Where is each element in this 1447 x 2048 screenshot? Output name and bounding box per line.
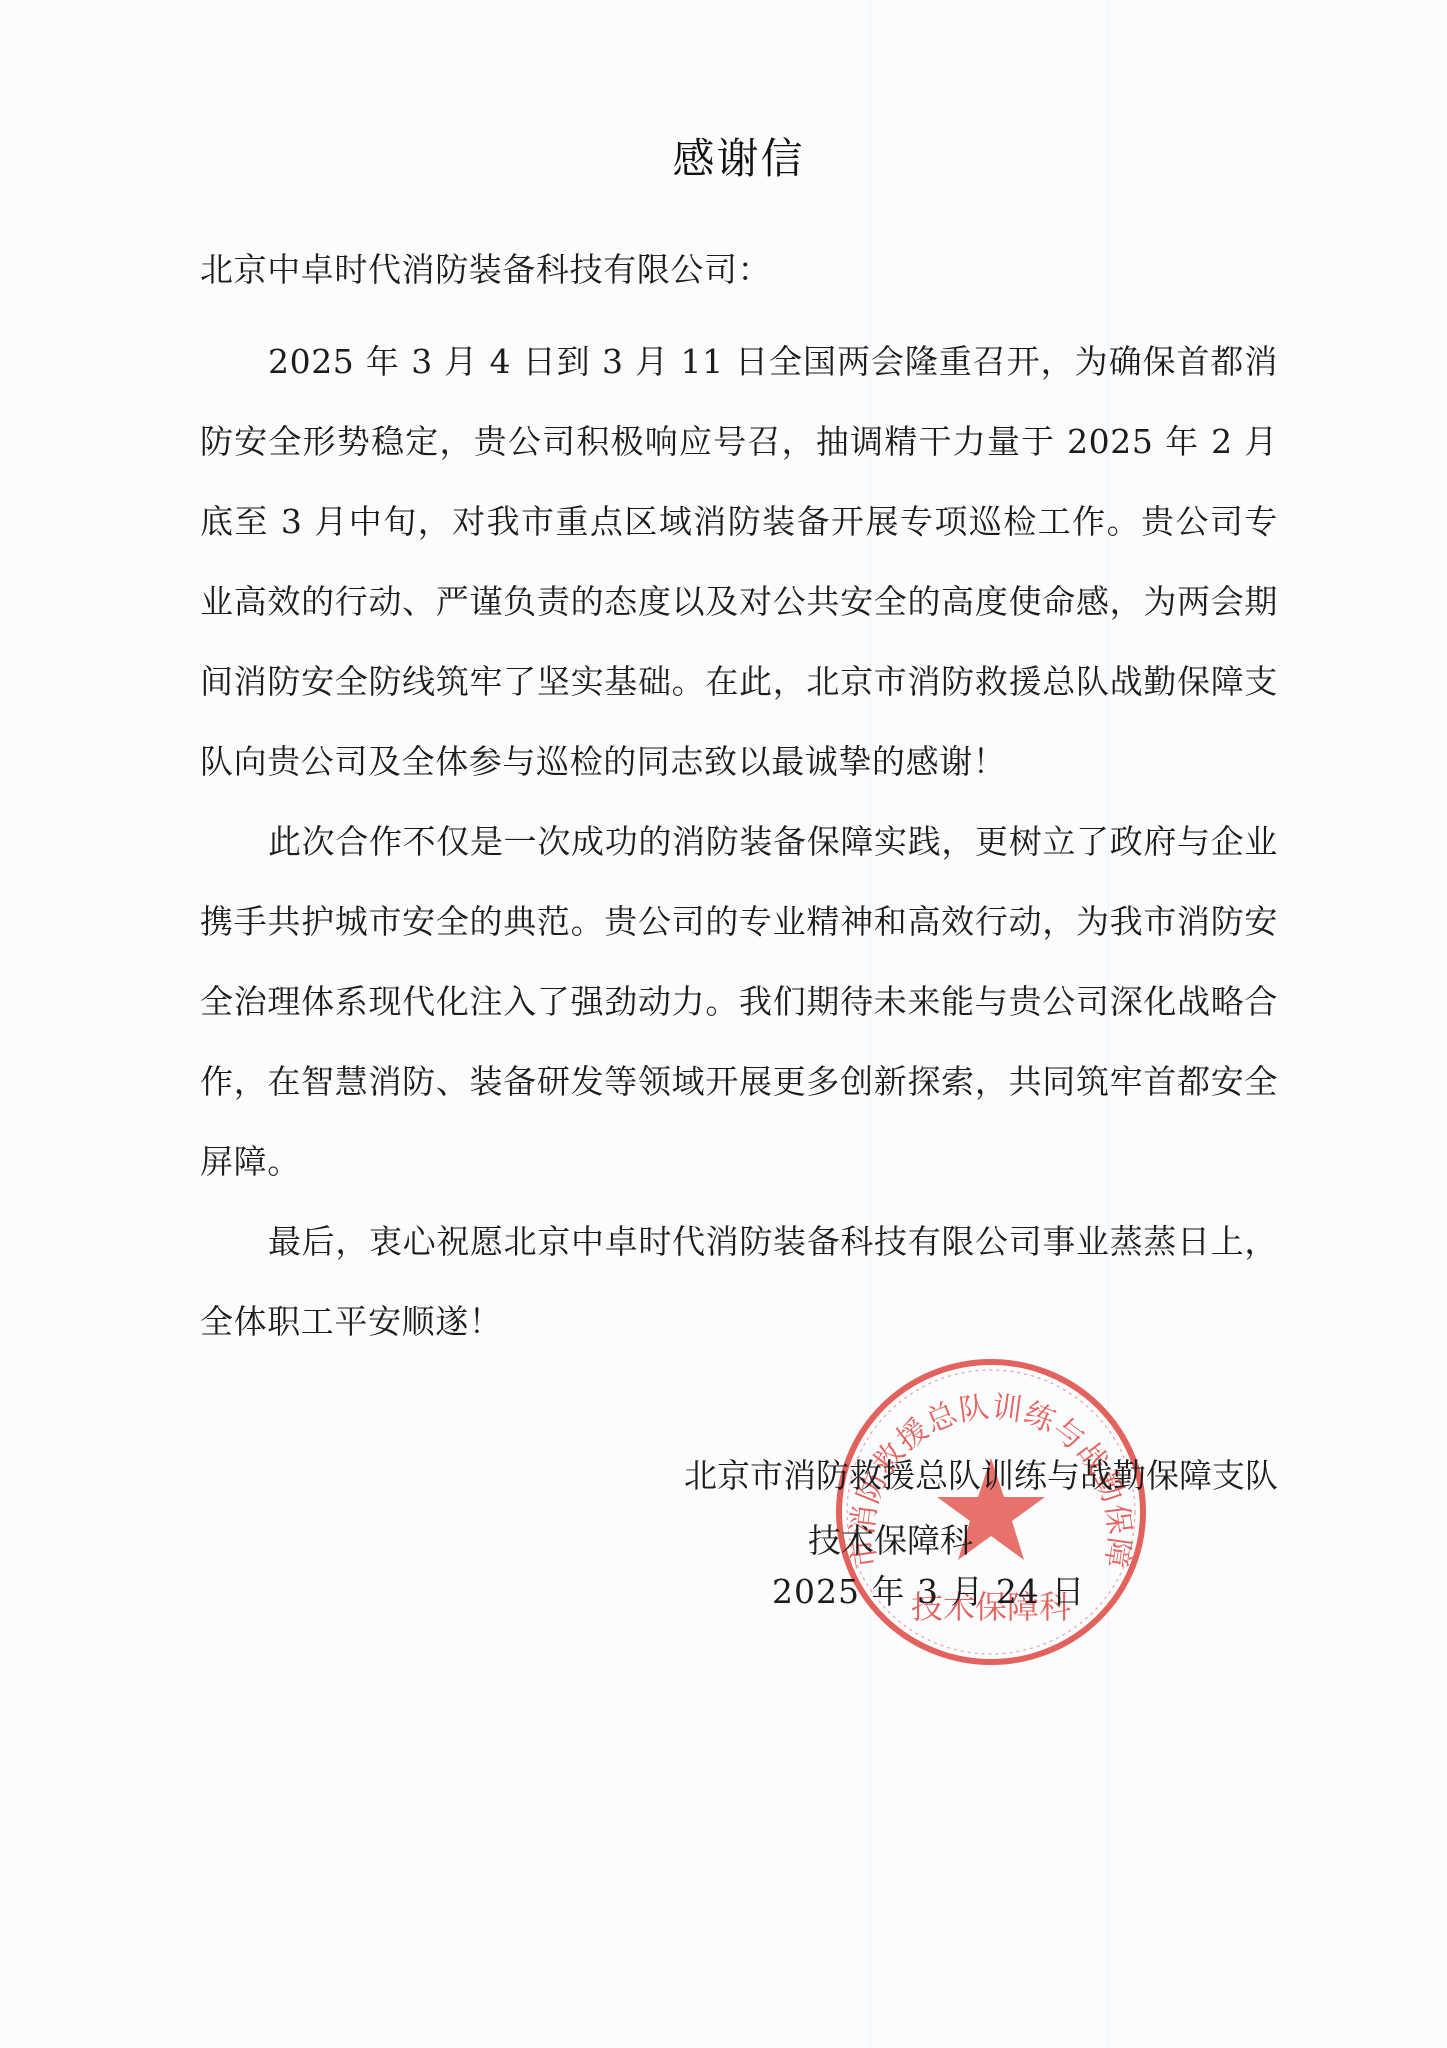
letter-page: 感谢信 北京中卓时代消防装备科技有限公司： 2025 年 3 月 4 日到 3 … (0, 0, 1447, 2048)
signature-organization: 北京市消防救援总队训练与战勤保障支队 (684, 1452, 1278, 1500)
letter-title: 感谢信 (30, 126, 1447, 186)
salutation: 北京中卓时代消防装备科技有限公司： (200, 230, 1278, 310)
paragraph-3: 最后，衷心祝愿北京中卓时代消防装备科技有限公司事业蒸蒸日上，全体职工平安顺遂！ (200, 1202, 1278, 1362)
paragraph-2: 此次合作不仅是一次成功的消防装备保障实践，更树立了政府与企业携手共护城市安全的典… (200, 802, 1278, 1202)
signature-department: 技术保障科 (808, 1517, 973, 1565)
signature-date: 2025 年 3 月 24 日 (772, 1568, 1085, 1616)
paragraph-1: 2025 年 3 月 4 日到 3 月 11 日全国两会隆重召开，为确保首都消防… (200, 322, 1278, 802)
official-seal-icon: 北京市消防救援总队训练与战勤保障支队 技术保障科 (833, 1356, 1149, 1668)
